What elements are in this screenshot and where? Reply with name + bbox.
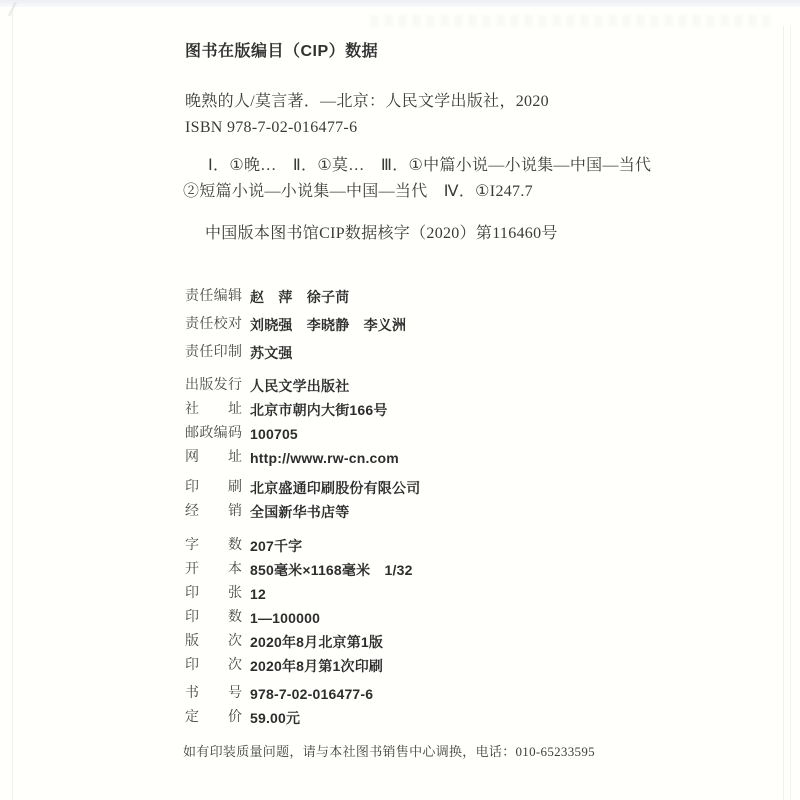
colophon-row-value: 2020年8月北京第1版 [250,630,383,654]
colophon-row-value: 978-7-02-016477-6 [250,682,373,706]
colophon-row-label: 印张 [185,582,242,606]
staff-credits-section: 责任编辑赵 萍 徐子苘责任校对刘晓强 李晓静 李义洲责任印制苏文强 [185,283,406,367]
colophon-row-label: 责任校对 [185,311,242,339]
colophon-row-value: 100705 [250,422,298,446]
colophon-row-value: 207千字 [250,534,302,558]
colophon-row-value: 850毫米×1168毫米 1/32 [250,558,413,582]
colophon-row-value: 全国新华书店等 [250,500,349,524]
colophon-row: 责任校对刘晓强 李晓静 李义洲 [185,311,406,339]
colophon-row-label: 经销 [185,500,242,524]
colophon-row-label: 定价 [185,706,242,730]
colophon-row-label: 印数 [185,606,242,630]
colophon-row: 版次2020年8月北京第1版 [185,630,413,654]
colophon-row: 印刷北京盛通印刷股份有限公司 [185,476,420,500]
colophon-row: 印次2020年8月第1次印刷 [185,654,413,678]
colophon-row: 责任印制苏文强 [185,339,406,367]
colophon-row: 字数207千字 [185,534,413,558]
cip-isbn-line: ISBN 978-7-02-016477-6 [185,119,357,137]
cip-data-heading: 图书在版编目（CIP）数据 [185,42,378,61]
colophon-row: 经销全国新华书店等 [185,500,420,524]
publisher-info-section: 出版发行人民文学出版社社址北京市朝内大街166号邮政编码100705网址http… [185,374,399,470]
colophon-row-label: 印次 [185,654,242,678]
cip-title-statement: 晚熟的人/莫言著．—北京：人民文学出版社，2020 [185,93,549,111]
colophon-row: 开本850毫米×1168毫米 1/32 [185,558,413,582]
colophon-row-label: 开本 [185,558,242,582]
colophon-row-value: 苏文强 [250,339,293,367]
colophon-row: 出版发行人民文学出版社 [185,374,399,398]
colophon-row-value: 北京市朝内大街166号 [250,398,388,422]
printing-distribution-section: 印刷北京盛通印刷股份有限公司经销全国新华书店等 [185,476,420,524]
cip-classification-line-2: ②短篇小说—小说集—中国—当代 Ⅳ．①I247.7 [183,183,533,201]
colophon-row: 印数1—100000 [185,606,413,630]
colophon-row: 定价59.00元 [185,706,373,730]
colophon-row: 网址http://www.rw-cn.com [185,446,399,470]
page-corner-crease [0,2,26,16]
colophon-row-label: 书号 [185,682,242,706]
colophon-row: 书号978-7-02-016477-6 [185,682,373,706]
colophon-row-value: http://www.rw-cn.com [250,446,399,470]
page-right-edge-line [783,26,784,800]
colophon-row-value: 2020年8月第1次印刷 [250,654,383,678]
page-right-edge-line-outer [790,26,791,800]
colophon-row-value: 1—100000 [250,606,320,630]
page-top-edge-shadow [0,0,800,7]
cip-record-number-line: 中国版本图书馆CIP数据核字（2020）第116460号 [205,225,558,243]
isbn-price-section: 书号978-7-02-016477-6定价59.00元 [185,682,373,730]
page-left-edge-line [12,10,13,800]
colophon-row-label: 印刷 [185,476,242,500]
colophon-row-value: 12 [250,582,266,606]
colophon-row: 责任编辑赵 萍 徐子苘 [185,283,406,311]
colophon-row-label: 邮政编码 [185,422,242,446]
colophon-row-value: 刘晓强 李晓静 李义洲 [250,311,406,339]
colophon-row-label: 出版发行 [185,374,242,398]
colophon-row-label: 版次 [185,630,242,654]
colophon-row-label: 责任编辑 [185,283,242,311]
cip-classification-line-1: Ⅰ．①晚… Ⅱ．①莫… Ⅲ．①中篇小说—小说集—中国—当代 [208,157,651,175]
colophon-row: 印张12 [185,582,413,606]
colophon-row-value: 人民文学出版社 [250,374,349,398]
colophon-row: 邮政编码100705 [185,422,399,446]
colophon-row-value: 赵 萍 徐子苘 [250,283,349,311]
colophon-row-label: 社址 [185,398,242,422]
page-show-through-text [370,15,775,27]
quality-notice-line: 如有印装质量问题，请与本社图书销售中心调换，电话：010-65233595 [183,744,595,760]
book-copyright-page: 图书在版编目（CIP）数据 晚熟的人/莫言著．—北京：人民文学出版社，2020 … [0,0,800,800]
colophon-row-label: 网址 [185,446,242,470]
colophon-row-label: 责任印制 [185,339,242,367]
colophon-row: 社址北京市朝内大街166号 [185,398,399,422]
colophon-row-value: 59.00元 [250,706,300,730]
colophon-row-label: 字数 [185,534,242,558]
book-specs-section: 字数207千字开本850毫米×1168毫米 1/32印张12印数1—100000… [185,534,413,678]
colophon-row-value: 北京盛通印刷股份有限公司 [250,476,420,500]
